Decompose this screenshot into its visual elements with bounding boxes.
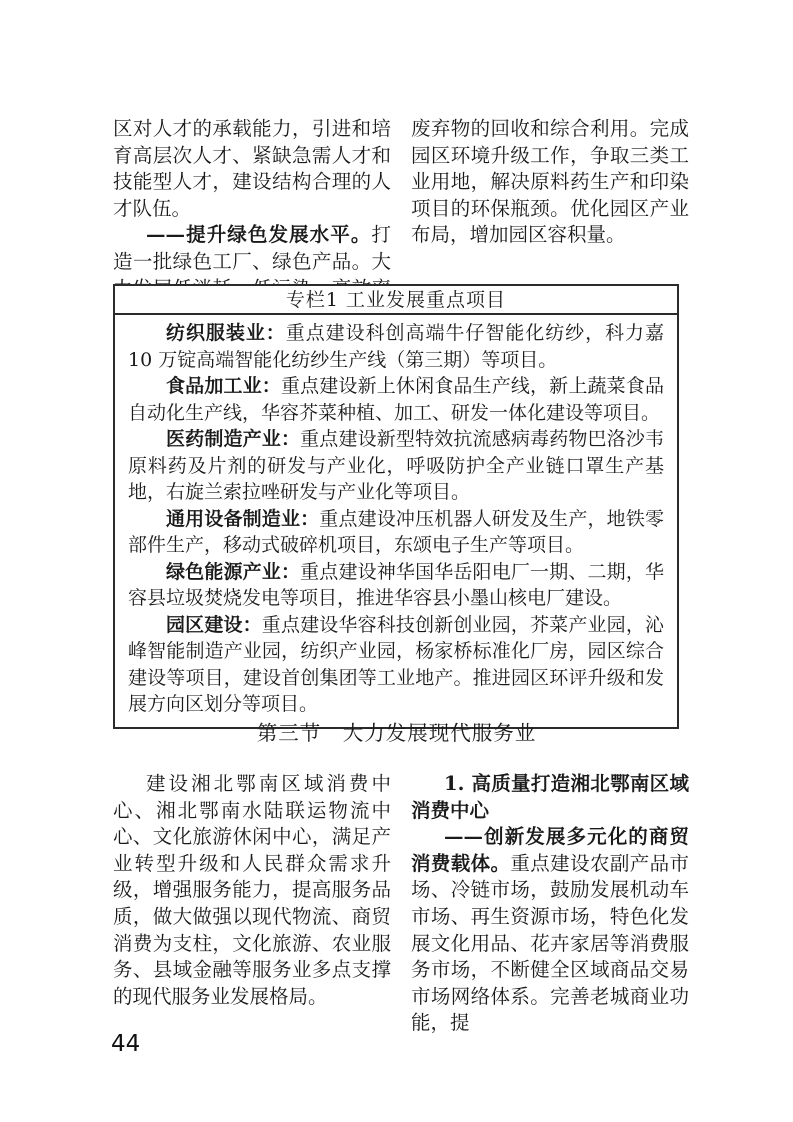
callout-item: 食品加工业：重点建设新上休闲食品生产线，新上蔬菜食品自动化生产线，华容芥菜种植、…: [128, 373, 664, 426]
callout-item: 通用设备制造业：重点建设冲压机器人研发及生产，地铁零部件生产，移动式破碎机项目，…: [128, 506, 664, 559]
numbered-subheading: 1. 高质量打造湘北鄂南区域消费中心: [411, 771, 689, 824]
callout-item-lead: 医药制造产业：: [166, 428, 300, 450]
callout-item: 园区建设：重点建设华容科技创新创业园，芥菜产业园，沁峰智能制造产业园，纺织产业园…: [128, 612, 664, 718]
callout-item-lead: 园区建设：: [166, 614, 262, 636]
callout-item: 纺织服装业：重点建设科创高端牛仔智能化纺纱，科力嘉 10 万锭高端智能化纺纱生产…: [128, 320, 664, 373]
bottom-left-column: 建设湘北鄂南区域消费中心、湘北鄂南水陆联运物流中心、文化旅游休闲中心，满足产业转…: [113, 771, 391, 1037]
section-heading: 第三节 大力发展现代服务业: [0, 716, 793, 746]
callout-item-lead: 通用设备制造业：: [166, 508, 319, 530]
page-number: 44: [111, 1031, 140, 1057]
callout-item-lead: 食品加工业：: [166, 375, 281, 397]
callout-item-lead: 绿色能源产业：: [166, 561, 300, 583]
bottom-right-column: 1. 高质量打造湘北鄂南区域消费中心 ——创新发展多元化的商贸消费载体。重点建设…: [411, 771, 689, 1037]
body-paragraph: 废弃物的回收和综合利用。完成园区环境升级工作，争取三类工业用地，解决原料药生产和…: [411, 116, 689, 249]
body-paragraph: 区对人才的承载能力，引进和培育高层次人才、紧缺急需人才和技能型人才，建设结构合理…: [113, 116, 391, 222]
document-page: 区对人才的承载能力，引进和培育高层次人才、紧缺急需人才和技能型人才，建设结构合理…: [0, 0, 793, 1122]
callout-box: 专栏1 工业发展重点项目 纺织服装业：重点建设科创高端牛仔智能化纺纱，科力嘉 1…: [113, 284, 679, 729]
callout-box-body: 纺织服装业：重点建设科创高端牛仔智能化纺纱，科力嘉 10 万锭高端智能化纺纱生产…: [115, 315, 677, 727]
callout-item-lead: 纺织服装业：: [166, 322, 286, 344]
bottom-text-block: 建设湘北鄂南区域消费中心、湘北鄂南水陆联运物流中心、文化旅游休闲中心，满足产业转…: [113, 771, 689, 1037]
body-paragraph: 建设湘北鄂南区域消费中心、湘北鄂南水陆联运物流中心、文化旅游休闲中心，满足产业转…: [113, 771, 391, 1010]
paragraph-text: 重点建设农副产品市场、冷链市场，鼓励发展机动车市场、再生资源市场，特色化发展文化…: [411, 852, 689, 1035]
callout-item: 医药制造产业：重点建设新型特效抗流感病毒药物巴洛沙韦原料药及片剂的研发与产业化，…: [128, 426, 664, 506]
subheading-text: 1. 高质量打造湘北鄂南区域消费中心: [411, 772, 689, 822]
callout-box-title: 专栏1 工业发展重点项目: [115, 286, 677, 315]
callout-item: 绿色能源产业：重点建设神华国华岳阳电厂一期、二期，华容县垃圾焚烧发电等项目，推进…: [128, 559, 664, 612]
body-paragraph: ——创新发展多元化的商贸消费载体。重点建设农副产品市场、冷链市场，鼓励发展机动车…: [411, 824, 689, 1037]
paragraph-bold-lead: ——提升绿色发展水平。: [146, 223, 371, 246]
